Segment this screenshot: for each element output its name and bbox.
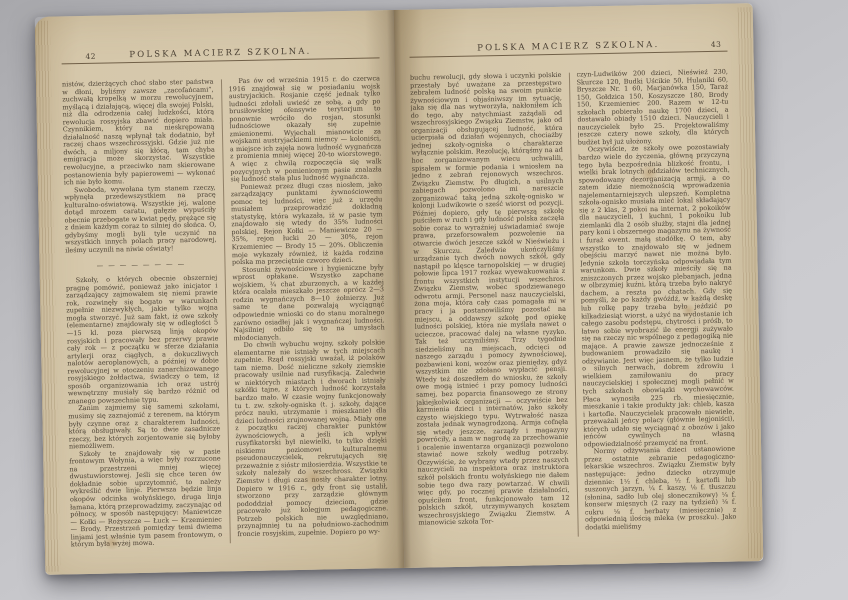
paragraph: Do chwili wybuchu wojny, szkoły polskie …	[233, 339, 388, 538]
page-left-columns: nistów, dzierżących choć słabo ster pańs…	[62, 75, 389, 552]
paragraph: buchu rewolucji, gdy słowa i uczynki pol…	[410, 72, 570, 528]
book-scan-scene: 42 POLSKA MACIERZ SZKOLNA. nistów, dzier…	[0, 0, 848, 600]
section-separator: — — — — — — — —	[65, 260, 217, 270]
paragraph: Zanim zajmiemy się samemi szkołami, musi…	[68, 403, 220, 451]
paragraph: Szkoły, o których obecnie obszerniej pra…	[66, 275, 220, 406]
page-left: 42 POLSKA MACIERZ SZKOLNA. nistów, dzier…	[35, 10, 405, 575]
right-page-column-2: czyn-Ludwików 200 dzieci, Nieświeź 230, …	[576, 69, 737, 543]
paragraph: nistów, dzierżących choć słabo ster pańs…	[62, 79, 216, 188]
page-right: POLSKA MACIERZ SZKOLNA. 43 buchu rewoluc…	[394, 3, 764, 568]
running-title-right: POLSKA MACIERZ SZKOLNA.	[409, 39, 727, 55]
left-page-column-1: nistów, dzierżących choć słabo ster pańs…	[62, 79, 223, 553]
book-spread: 42 POLSKA MACIERZ SZKOLNA. nistów, dzier…	[35, 3, 764, 575]
right-page-column-1: buchu rewolucji, gdy słowa i uczynki pol…	[410, 72, 571, 546]
paragraph: Stosunki żywnościowe i hygieniczne były …	[232, 264, 385, 342]
page-right-header: POLSKA MACIERZ SZKOLNA. 43	[409, 38, 727, 58]
paragraph: Oczywiście, że szkoły owe pozostawiały b…	[578, 144, 735, 449]
page-right-columns: buchu rewolucji, gdy słowa i uczynki pol…	[410, 69, 737, 546]
paragraph: Szkoły te znajdowały się w pasie frontow…	[69, 448, 222, 549]
paragraph: czyn-Ludwików 200 dzieci, Nieświeź 230, …	[576, 69, 729, 147]
paragraph: Swoboda, wywołana tym stanem rzeczy, wpł…	[64, 184, 217, 255]
page-left-header: 42 POLSKA MACIERZ SZKOLNA.	[61, 44, 379, 64]
running-title-left: POLSKA MACIERZ SZKOLNA.	[61, 45, 379, 61]
page-left-content: 42 POLSKA MACIERZ SZKOLNA. nistów, dzier…	[35, 10, 405, 575]
left-page-column-2: Pas ów od września 1915 r. do czerwca 19…	[228, 75, 389, 549]
paragraph: Ponieważ przez długi czas niosłem, jako …	[230, 181, 383, 267]
paragraph: Normy odżywiania dzieci ustanowione prze…	[584, 446, 737, 532]
page-number-right: 43	[711, 39, 722, 48]
paragraph: Pas ów od września 1915 r. do czerwca 19…	[228, 75, 382, 184]
page-right-content: POLSKA MACIERZ SZKOLNA. 43 buchu rewoluc…	[394, 3, 764, 568]
